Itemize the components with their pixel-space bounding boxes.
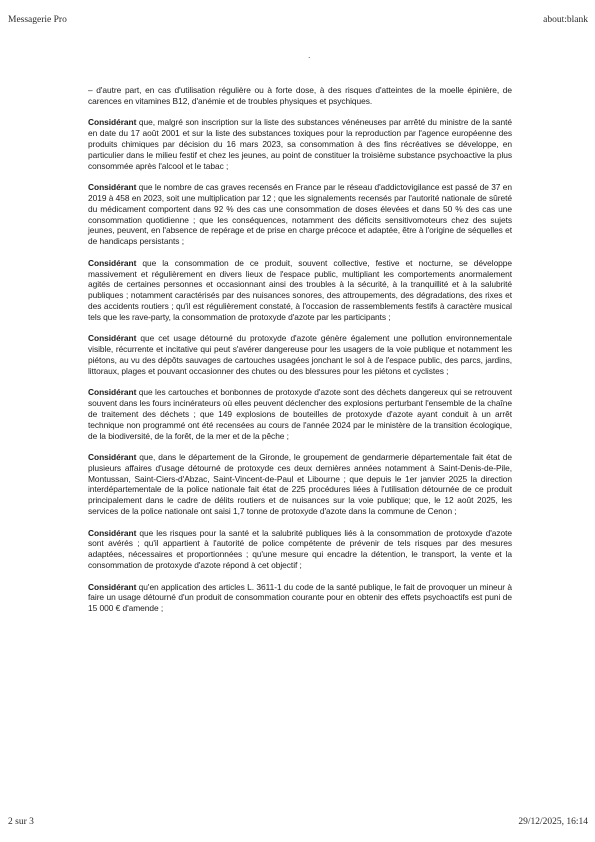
paragraph: Considérant que, malgré son inscription … — [88, 117, 512, 171]
paragraph: Considérant que, dans le département de … — [88, 452, 512, 517]
paragraph: Considérant que le nombre de cas graves … — [88, 182, 512, 247]
paragraph-text: que, malgré son inscription sur la liste… — [88, 117, 512, 170]
paragraph-text: que, dans le département de la Gironde, … — [88, 452, 512, 516]
app-title: Messagerie Pro — [8, 15, 67, 25]
paragraph: Considérant que les cartouches et bonbon… — [88, 387, 512, 441]
print-timestamp: 29/12/2025, 16:14 — [518, 817, 588, 827]
paragraph-lead: Considérant — [88, 117, 136, 127]
paragraph: Considérant que cet usage détourné du pr… — [88, 333, 512, 376]
paragraph-text: que le nombre de cas graves recensés en … — [88, 182, 512, 246]
paragraph: Considérant que les risques pour la sant… — [88, 528, 512, 571]
paragraph: Considérant que la consommation de ce pr… — [88, 258, 512, 323]
paragraph-lead: Considérant — [88, 452, 136, 462]
paragraph-text: que cet usage détourné du protoxyde d'az… — [88, 333, 512, 375]
paragraph-text: qu'en application des articles L. 3611-1… — [88, 582, 512, 614]
paragraph-lead: Considérant — [88, 387, 136, 397]
paragraph-lead: Considérant — [88, 582, 136, 592]
paragraph-lead: Considérant — [88, 528, 136, 538]
paragraph-lead: Considérant — [88, 258, 136, 268]
print-header: Messagerie Pro about:blank — [8, 15, 588, 25]
print-footer: 2 sur 3 29/12/2025, 16:14 — [8, 817, 588, 827]
paragraph: Considérant qu'en application des articl… — [88, 582, 512, 614]
document-body: – d'autre part, en cas d'utilisation rég… — [88, 85, 512, 625]
paragraph-text: que les risques pour la santé et la salu… — [88, 528, 512, 570]
page-number: 2 sur 3 — [8, 817, 34, 827]
paragraph-lead: Considérant — [88, 333, 136, 343]
stray-mark: . — [308, 50, 311, 60]
page-url: about:blank — [543, 15, 588, 25]
paragraph-text: – d'autre part, en cas d'utilisation rég… — [88, 85, 512, 106]
printed-page: Messagerie Pro about:blank . – d'autre p… — [0, 0, 595, 842]
paragraph-text: que la consommation de ce produit, souve… — [88, 258, 512, 322]
paragraph: – d'autre part, en cas d'utilisation rég… — [88, 85, 512, 107]
paragraph-text: que les cartouches et bonbonnes de proto… — [88, 387, 512, 440]
paragraph-lead: Considérant — [88, 182, 136, 192]
